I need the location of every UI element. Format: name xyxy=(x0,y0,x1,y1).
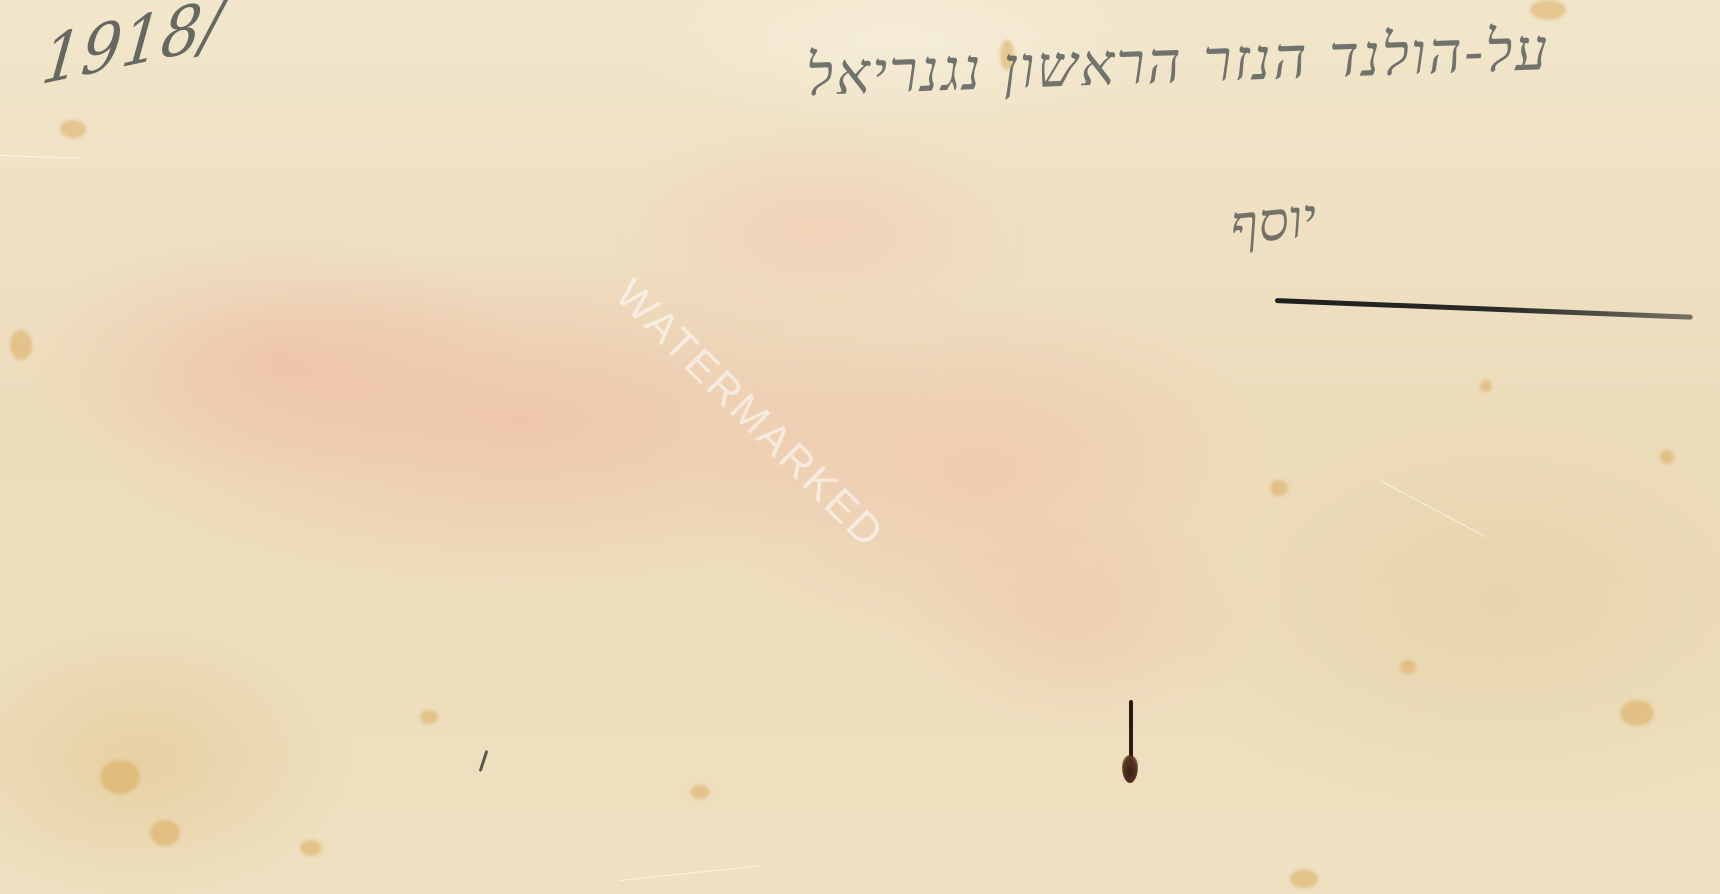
stray-pencil-mark xyxy=(479,750,489,772)
foxing-spot xyxy=(690,785,710,799)
foxing-spot xyxy=(1290,870,1318,888)
foxing-spot xyxy=(10,330,32,360)
handwritten-top-line: על-הולנד הנזר הראשון נגנריאל xyxy=(805,15,1551,109)
watermark-overlay: WATERMARKED xyxy=(606,270,894,558)
ink-drip-blob xyxy=(1122,755,1138,783)
foxing-spot xyxy=(1270,480,1288,496)
ink-drip-stem xyxy=(1129,700,1133,760)
foxing-spot xyxy=(1400,660,1416,674)
signature-underline xyxy=(1275,298,1693,320)
foxing-spot xyxy=(1620,700,1654,726)
paper-crease xyxy=(1380,480,1486,537)
foxing-spot xyxy=(150,820,180,846)
handwritten-signature: יוסף xyxy=(1227,186,1320,258)
foxing-spot xyxy=(1480,380,1492,392)
foxing-spot xyxy=(420,710,438,724)
paper-crease xyxy=(0,155,80,159)
aged-paper-document: 1918/ על-הולנד הנזר הראשון נגנריאל יוסף … xyxy=(0,0,1720,894)
foxing-spot xyxy=(60,120,86,138)
foxing-spot xyxy=(100,760,140,794)
foxing-spot xyxy=(1660,450,1674,464)
ink-drip-mark xyxy=(1128,700,1134,790)
handwritten-year: 1918/ xyxy=(38,0,227,101)
paper-crease xyxy=(620,865,759,881)
foxing-spot xyxy=(300,840,322,856)
